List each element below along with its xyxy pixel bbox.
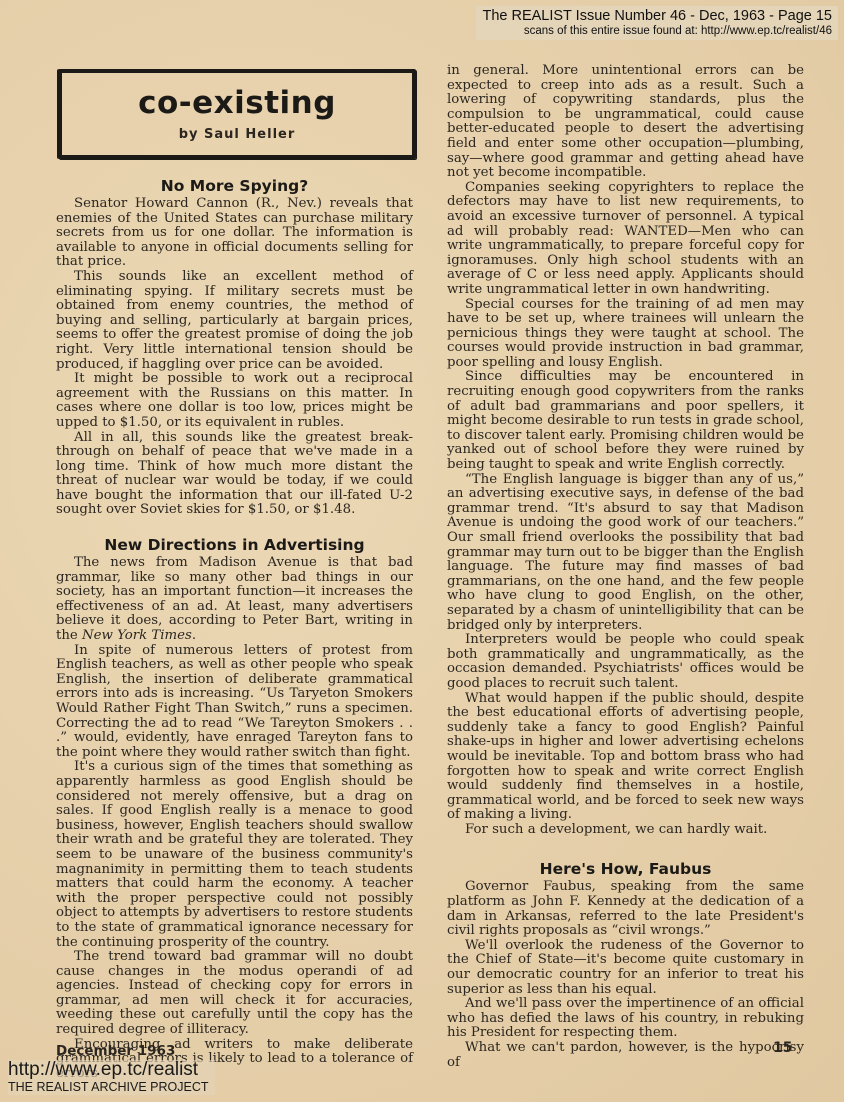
section-heading-spying: No More Spying? [56,176,413,196]
right-column: in general. More unintentional errors ca… [447,64,804,1070]
column-title: co-existing [62,85,412,121]
byline: by Saul Heller [62,127,412,142]
paragraph: Interpreters would be people who could s… [447,633,804,691]
paragraph: It's a curious sign of the times that so… [56,760,413,950]
archive-url-link[interactable]: http://www.ep.tc/realist [8,1060,209,1080]
section-heading-advertising: New Directions in Advertising [56,535,413,555]
paragraph: The news from Madison Avenue is that bad… [56,556,413,644]
paragraph: It might be possible to work out a recip… [56,372,413,430]
paragraph: In spite of numerous letters of protest … [56,644,413,761]
page-number: 15 [773,1040,792,1056]
paragraph: The trend toward bad grammar will no dou… [56,950,413,1038]
footer-date: December 1963 [56,1043,175,1059]
paragraph: All in all, this sounds like the greates… [56,431,413,519]
section-heading-faubus: Here's How, Faubus [447,859,804,879]
paragraph: Special courses for the training of ad m… [447,298,804,371]
left-column: No More Spying? Senator Howard Cannon (R… [56,176,413,1081]
column-title-box: co-existing by Saul Heller [58,69,416,159]
archive-project-label: THE REALIST ARCHIVE PROJECT [8,1080,209,1095]
paragraph: This sounds like an excellent method of … [56,270,413,372]
issue-info: The REALIST Issue Number 46 - Dec, 1963 … [482,8,832,25]
paragraph: What we can't pardon, however, is the hy… [447,1041,804,1070]
archive-credit: http://www.ep.tc/realist THE REALIST ARC… [8,1060,215,1095]
paragraph-continued: in general. More unintentional errors ca… [447,64,804,181]
paragraph: Senator Howard Cannon (R., Nev.) reveals… [56,197,413,270]
paragraph: And we'll pass over the impertinence of … [447,997,804,1041]
paragraph: What would happen if the public should, … [447,692,804,823]
scans-info: scans of this entire issue found at: htt… [482,25,832,38]
paragraph: For such a development, we can hardly wa… [447,823,804,838]
archive-header-note: The REALIST Issue Number 46 - Dec, 1963 … [476,6,838,40]
paragraph: We'll overlook the rudeness of the Gover… [447,939,804,997]
paragraph: Companies seeking copyrighters to replac… [447,181,804,298]
paragraph: Governor Faubus, speaking from the same … [447,880,804,938]
citation-publication: New York Times [82,628,192,643]
paragraph: Since difficulties may be encountered in… [447,370,804,472]
paragraph: “The English language is bigger than any… [447,473,804,634]
